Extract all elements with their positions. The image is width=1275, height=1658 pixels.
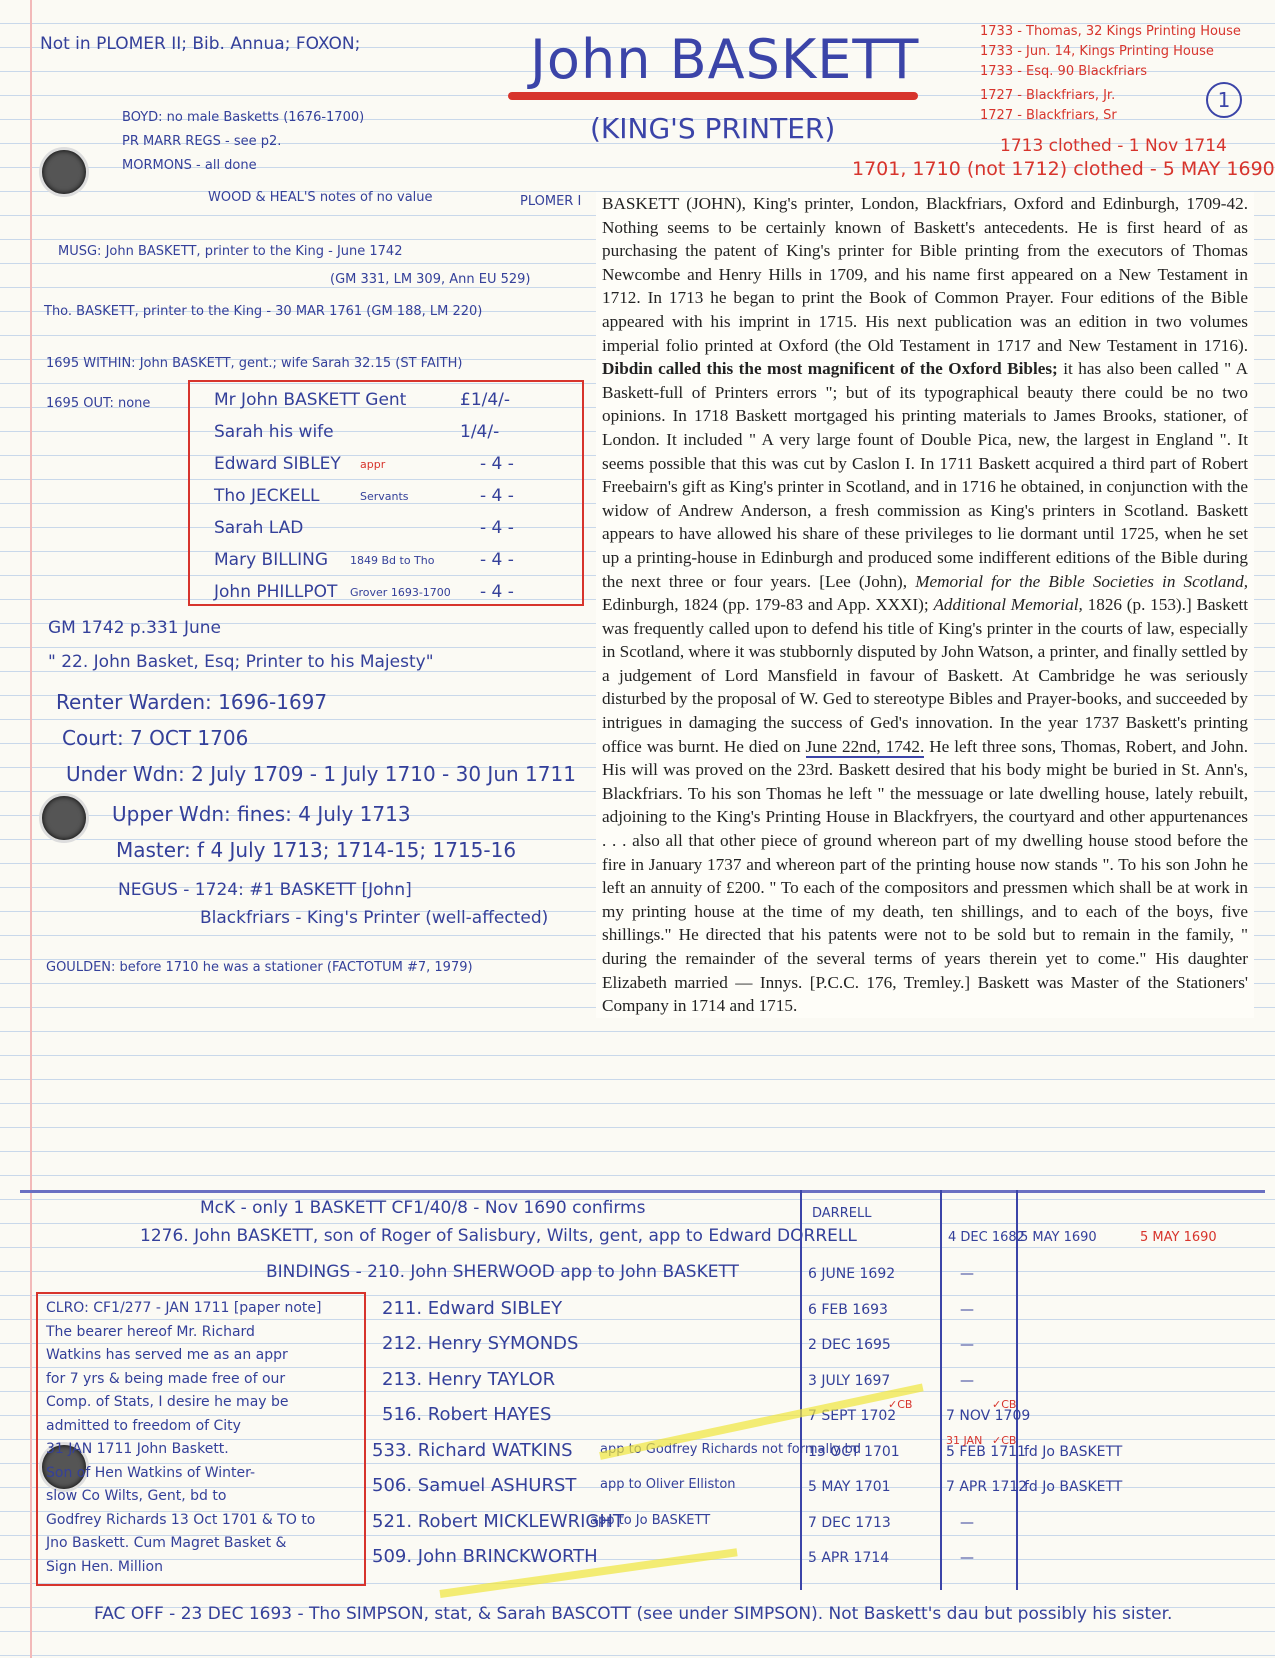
- binding-name: 516. Robert HAYES: [382, 1404, 551, 1425]
- out-row-amount: 1/4/-: [460, 422, 499, 442]
- binding-freed-by: fd Jo BASKETT: [1024, 1444, 1122, 1460]
- note-wood-heal: WOOD & HEAL'S notes of no value: [208, 190, 433, 205]
- bindings-label: BINDINGS - 210. John SHERWOOD app to Joh…: [266, 1262, 739, 1282]
- out-row-name: Sarah his wife: [214, 422, 334, 442]
- section-divider: [20, 1190, 1265, 1193]
- entry-date: 4 DEC 1682: [948, 1230, 1025, 1245]
- binding-name: 212. Henry SYMONDS: [382, 1333, 578, 1354]
- clro-line: Jno Baskett. Cum Magret Basket &: [46, 1535, 286, 1551]
- note-1695-out: 1695 OUT: none: [46, 396, 150, 411]
- page-number: 1: [1206, 82, 1242, 118]
- binding-name: 509. John BRINCKWORTH: [372, 1546, 598, 1567]
- out-row-note: Grover 1693-1700: [350, 586, 451, 599]
- binding-name: 506. Samuel ASHURST: [372, 1475, 576, 1496]
- right-note: 1733 - Jun. 14, Kings Printing House: [980, 44, 1214, 59]
- entry-body: He left three sons, Thomas, Robert, and …: [602, 737, 1248, 1016]
- jan-1711-mark: 31 JAN: [946, 1434, 982, 1447]
- clro-box: CLRO: CF1/277 - JAN 1711 [paper note]The…: [36, 1292, 366, 1586]
- binding-date-freed: 7 NOV 1709: [946, 1408, 1030, 1424]
- binding-date-freed: —: [960, 1266, 974, 1282]
- binding-freed-by: fd Jo BASKETT: [1024, 1479, 1122, 1495]
- entry-italic: Additional Memorial,: [933, 595, 1082, 614]
- entry-italic: Memorial for the Bible Societies in Scot…: [915, 572, 1248, 591]
- binding-date-bound: 13 OCT 1701: [808, 1444, 900, 1460]
- mck-line: McK - only 1 BASKETT CF1/40/8 - Nov 1690…: [200, 1198, 645, 1218]
- entry-bold: Dibdin called this the most magnificent …: [602, 359, 1058, 378]
- entry-body: King's printer, London, Blackfriars, Oxf…: [602, 194, 1248, 355]
- clro-line: admitted to freedom of City: [46, 1418, 241, 1434]
- plomer-printed-entry: BASKETT (JOHN), King's printer, London, …: [596, 192, 1254, 1018]
- out-row-name: Sarah LAD: [214, 518, 303, 538]
- note-renter-warden: Renter Warden: 1696-1697: [56, 690, 327, 714]
- entry-body: 1826 (p. 153).] Baskett was frequently c…: [602, 595, 1248, 756]
- out-row-name: John PHILLPOT: [214, 582, 337, 602]
- out-row-name: Edward SIBLEY: [214, 454, 341, 474]
- binding-date-bound: 2 DEC 1695: [808, 1337, 891, 1353]
- right-note: 1733 - Thomas, 32 Kings Printing House: [980, 24, 1241, 39]
- title-underline: [508, 92, 918, 100]
- table-column-line: [940, 1190, 942, 1590]
- entry-body: it has also been called " A Baskett-full…: [602, 359, 1248, 590]
- top-note: Not in PLOMER II; Bib. Annua; FOXON;: [40, 34, 360, 54]
- binding-note: app to Oliver Elliston: [600, 1477, 736, 1492]
- binding-date-freed: —: [960, 1550, 974, 1566]
- out-row-note: appr: [360, 458, 385, 471]
- clro-line: The bearer hereof Mr. Richard: [46, 1324, 255, 1340]
- binding-name: 533. Richard WATKINS: [372, 1440, 573, 1461]
- note-goulden: GOULDEN: before 1710 he was a stationer …: [46, 960, 473, 975]
- binding-date-freed: 7 APR 1712: [946, 1479, 1027, 1495]
- binding-date-bound: 3 JULY 1697: [808, 1373, 890, 1389]
- out-row-name: Tho JECKELL: [214, 486, 319, 506]
- note-plomer-label: PLOMER I: [520, 194, 581, 209]
- note-musg-1: MUSG: John BASKETT, printer to the King …: [58, 244, 402, 259]
- entry-date: 5 MAY 1690: [1140, 1230, 1217, 1245]
- fac-off-note: FAC OFF - 23 DEC 1693 - Tho SIMPSON, sta…: [94, 1604, 1172, 1624]
- binding-date-freed: —: [960, 1302, 974, 1318]
- clro-line: slow Co Wilts, Gent, bd to: [46, 1488, 226, 1504]
- out-row-amount: - 4 -: [480, 518, 514, 538]
- binding-note: app to Jo BASKETT: [590, 1513, 710, 1528]
- right-note: 1727 - Blackfriars, Jr.: [980, 88, 1115, 103]
- 1695-out-box: Mr John BASKETT Gent£1/4/-Sarah his wife…: [188, 380, 584, 606]
- binding-date-bound: 6 FEB 1693: [808, 1302, 888, 1318]
- binding-date-bound: 7 DEC 1713: [808, 1515, 891, 1531]
- entry-1276: 1276. John BASKETT, son of Roger of Sali…: [140, 1226, 857, 1246]
- entry-lead: BASKETT (JOHN),: [602, 194, 746, 213]
- darrell-label: DARRELL: [812, 1206, 871, 1221]
- binder-hole: [42, 796, 86, 840]
- clro-line: Watkins has served me as an appr: [46, 1347, 288, 1363]
- entry-body: Edinburgh, 1824 (pp. 179-83 and App. XXX…: [602, 595, 933, 614]
- cb-mark: ✓CB: [888, 1398, 912, 1411]
- out-row-amount: - 4 -: [480, 550, 514, 570]
- note-under-wdn: Under Wdn: 2 July 1709 - 1 July 1710 - 3…: [66, 762, 576, 786]
- binding-date-freed: —: [960, 1515, 974, 1531]
- entry-date: 5 MAY 1690: [1020, 1230, 1097, 1245]
- note-negus-1: NEGUS - 1724: #1 BASKETT [John]: [118, 880, 412, 900]
- table-column-line: [800, 1190, 802, 1590]
- out-row-amount: £1/4/-: [460, 390, 510, 410]
- binding-name: 213. Henry TAYLOR: [382, 1369, 555, 1390]
- clro-line: Comp. of Stats, I desire he may be: [46, 1394, 289, 1410]
- binding-name: 521. Robert MICKLEWRIGHT: [372, 1511, 624, 1532]
- right-note: 1701, 1710 (not 1712) clothed - 5 MAY 16…: [852, 158, 1275, 180]
- out-row-amount: - 4 -: [480, 486, 514, 506]
- clro-line: Godfrey Richards 13 Oct 1701 & TO to: [46, 1512, 315, 1528]
- clro-line: CLRO: CF1/277 - JAN 1711 [paper note]: [46, 1300, 321, 1316]
- note-boyd: BOYD: no male Basketts (1676-1700): [122, 110, 364, 125]
- note-musg-3: Tho. BASKETT, printer to the King - 30 M…: [44, 304, 482, 319]
- out-row-name: Mary BILLING: [214, 550, 328, 570]
- out-row-note: 1849 Bd to Tho: [350, 554, 434, 567]
- binding-date-freed: —: [960, 1337, 974, 1353]
- clro-line: for 7 yrs & being made free of our: [46, 1371, 285, 1387]
- note-musg-2: (GM 331, LM 309, Ann EU 529): [330, 272, 531, 287]
- clro-line: 31 JAN 1711 John Baskett.: [46, 1441, 229, 1457]
- notebook-page: Not in PLOMER II; Bib. Annua; FOXON; Joh…: [0, 0, 1275, 1658]
- out-row-amount: - 4 -: [480, 454, 514, 474]
- note-court: Court: 7 OCT 1706: [62, 726, 248, 750]
- binding-date-bound: 5 APR 1714: [808, 1550, 889, 1566]
- right-note: 1733 - Esq. 90 Blackfriars: [980, 64, 1147, 79]
- note-marr-regs: PR MARR REGS - see p2.: [122, 134, 281, 149]
- page-subtitle: (KING'S PRINTER): [590, 112, 835, 145]
- note-mormons: MORMONS - all done: [122, 158, 257, 173]
- cb-mark: ✓CB: [992, 1398, 1016, 1411]
- binder-hole: [42, 150, 86, 194]
- right-note: 1727 - Blackfriars, Sr: [980, 108, 1117, 123]
- out-row-note: Servants: [360, 490, 409, 503]
- right-note: 1713 clothed - 1 Nov 1714: [1000, 136, 1227, 156]
- entry-underlined: June 22nd, 1742.: [806, 737, 925, 758]
- table-column-line: [1016, 1190, 1018, 1590]
- margin-line: [30, 0, 32, 1658]
- note-master: Master: f 4 July 1713; 1714-15; 1715-16: [116, 838, 516, 862]
- binding-date-freed: —: [960, 1373, 974, 1389]
- note-1695-within: 1695 WITHIN: John BASKETT, gent.; wife S…: [46, 356, 462, 371]
- binding-date-bound: 5 MAY 1701: [808, 1479, 891, 1495]
- cb-mark: ✓CB: [992, 1434, 1016, 1447]
- note-negus-2: Blackfriars - King's Printer (well-affec…: [200, 908, 548, 928]
- note-gm-2: " 22. John Basket, Esq; Printer to his M…: [48, 652, 434, 672]
- note-gm-1: GM 1742 p.331 June: [48, 618, 221, 638]
- out-row-name: Mr John BASKETT Gent: [214, 390, 406, 410]
- page-title: John BASKETT: [530, 28, 919, 91]
- out-row-amount: - 4 -: [480, 582, 514, 602]
- binding-date-bound: 6 JUNE 1692: [808, 1266, 895, 1282]
- clro-line: Son of Hen Watkins of Winter-: [46, 1465, 255, 1481]
- binding-name: 211. Edward SIBLEY: [382, 1298, 562, 1319]
- clro-line: Sign Hen. Million: [46, 1559, 163, 1575]
- note-upper-wdn: Upper Wdn: fines: 4 July 1713: [112, 802, 411, 826]
